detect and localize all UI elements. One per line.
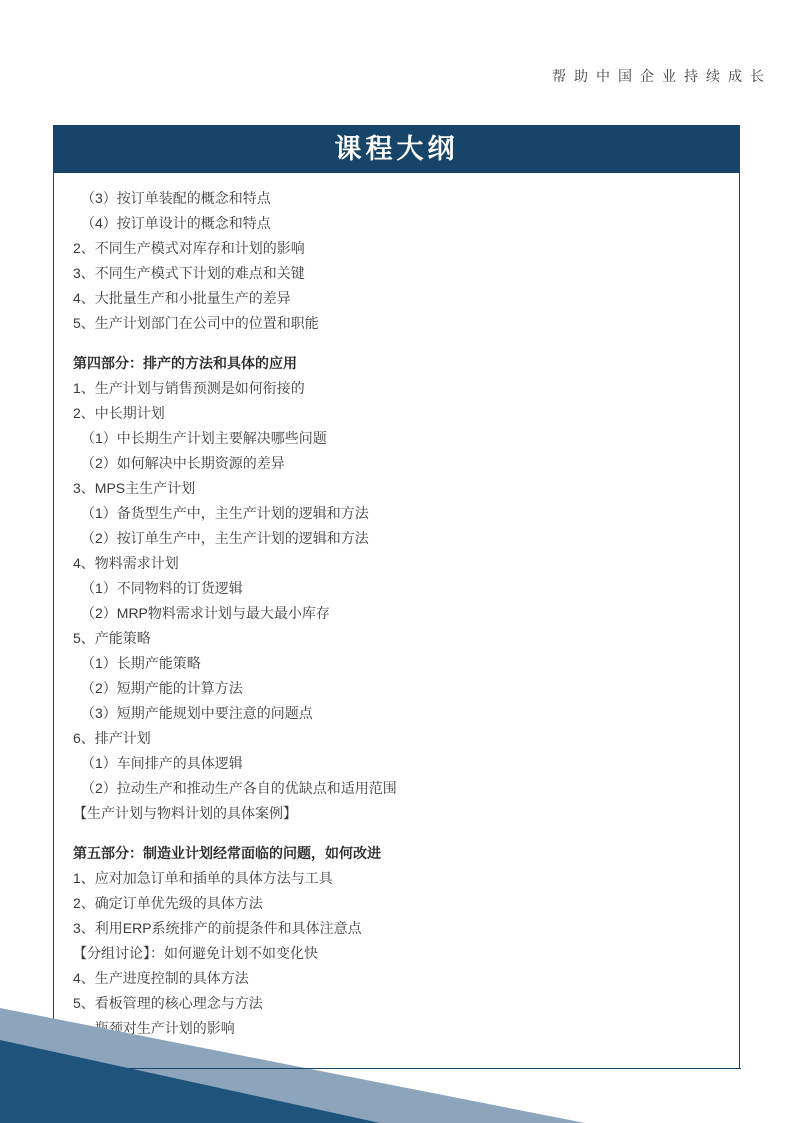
outline-line: 2、中长期计划: [54, 401, 739, 426]
outline-line: （3）按订单装配的概念和特点: [54, 186, 739, 211]
outline-box: 课程大纲 （3）按订单装配的概念和特点（4）按订单设计的概念和特点2、不同生产模…: [53, 125, 740, 1068]
header-tagline: 帮助中国企业持续成长: [552, 66, 772, 86]
outline-line: 4、生产进度控制的具体方法: [54, 966, 739, 991]
outline-line: （3）短期产能规划中要注意的问题点: [54, 701, 739, 726]
decorative-triangle-dark: [0, 1040, 380, 1123]
outline-line: 6、排产计划: [54, 726, 739, 751]
outline-content: （3）按订单装配的概念和特点（4）按订单设计的概念和特点2、不同生产模式对库存和…: [54, 173, 739, 1041]
outline-line: 5、生产计划部门在公司中的位置和职能: [54, 311, 739, 336]
outline-line: （2）拉动生产和推动生产各自的优缺点和适用范围: [54, 776, 739, 801]
outline-line: （2）按订单生产中，主生产计划的逻辑和方法: [54, 526, 739, 551]
outline-line: 1、生产计划与销售预测是如何衔接的: [54, 376, 739, 401]
outline-line: 4、物料需求计划: [54, 551, 739, 576]
outline-line: 【分组讨论】：如何避免计划不如变化快: [54, 941, 739, 966]
outline-line: 3、不同生产模式下计划的难点和关键: [54, 261, 739, 286]
outline-line: 1、应对加急订单和插单的具体方法与工具: [54, 866, 739, 891]
outline-line: 2、不同生产模式对库存和计划的影响: [54, 236, 739, 261]
outline-line: 3、MPS主生产计划: [54, 476, 739, 501]
outline-line: 2、确定订单优先级的具体方法: [54, 891, 739, 916]
outline-line: （1）中长期生产计划主要解决哪些问题: [54, 426, 739, 451]
outline-line: （2）如何解决中长期资源的差异: [54, 451, 739, 476]
outline-line: 5、产能策略: [54, 626, 739, 651]
outline-line: 【生产计划与物料计划的具体案例】: [54, 801, 739, 826]
outline-banner: 课程大纲: [54, 125, 739, 173]
outline-line: （1）长期产能策略: [54, 651, 739, 676]
outline-line: （4）按订单设计的概念和特点: [54, 211, 739, 236]
outline-line: （2）短期产能的计算方法: [54, 676, 739, 701]
outline-section-heading: 第四部分：排产的方法和具体的应用: [54, 351, 739, 376]
outline-line: （2）MRP物料需求计划与最大最小库存: [54, 601, 739, 626]
outline-line: （1）备货型生产中，主生产计划的逻辑和方法: [54, 501, 739, 526]
outline-line: （1）不同物料的订货逻辑: [54, 576, 739, 601]
banner-title: 课程大纲: [335, 134, 459, 164]
outline-section-heading: 第五部分：制造业计划经常面临的问题，如何改进: [54, 841, 739, 866]
outline-line: 4、大批量生产和小批量生产的差异: [54, 286, 739, 311]
outline-line: （1）车间排产的具体逻辑: [54, 751, 739, 776]
document-page: 帮助中国企业持续成长 课程大纲 （3）按订单装配的概念和特点（4）按订单设计的概…: [0, 0, 794, 1123]
outline-line: 3、利用ERP系统排产的前提条件和具体注意点: [54, 916, 739, 941]
